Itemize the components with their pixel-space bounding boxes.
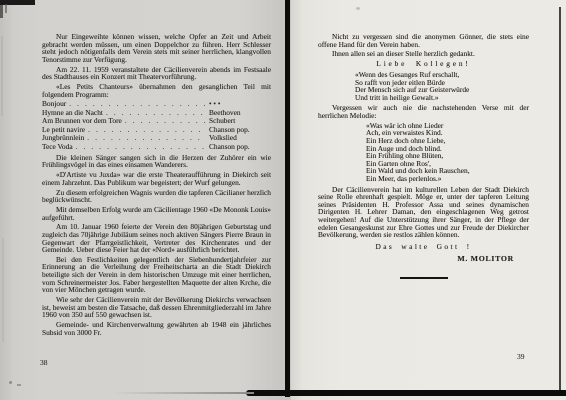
page-left: Nur Eingeweihte können wissen, welche Op… [0, 0, 286, 400]
scan-edge-streak [1, 36, 3, 116]
scan-edge-streak [2, 238, 4, 342]
program-composer: Volkslied [209, 134, 271, 142]
signature-m-molitor: M. MOLITOR [318, 255, 529, 263]
dot-leader: . . . . . . . . . . . . . . . . . . . . … [76, 144, 206, 152]
scan-edge-mark [0, 5, 3, 18]
dot-leader: . . . . . . . . . . . . . . . . . . . . … [87, 135, 206, 143]
paragraph: Ihnen allen sei an dieser Stelle herzlic… [318, 50, 529, 58]
paragraph: Am 10. Januar 1960 feierte der Verein de… [42, 223, 271, 253]
scan-speck [9, 381, 12, 384]
program-row: Tece Voda . . . . . . . . . . . . . . . … [42, 143, 271, 152]
scan-edge-mark [5, 4, 7, 13]
paragraph: Mit demselben Erfolg wurde am Cäcilienta… [42, 206, 271, 221]
page-right-text: Nicht zu vergessen sind die anonymen Gön… [318, 33, 529, 279]
program-title: Tece Voda [42, 143, 73, 151]
book-scan: Nur Eingeweihte können wissen, welche Op… [0, 0, 566, 400]
program-composer: Beethoven [209, 109, 271, 117]
paragraph: Am 22. 11. 1959 veranstaltete der Cäcili… [42, 66, 271, 81]
page-number-right: 39 [517, 352, 525, 361]
program-composer: Chanson pop. [209, 143, 271, 151]
poem-wenn-des-gesanges: «Wenn des Gesanges Ruf erschallt, So raf… [318, 71, 529, 101]
program-composer: Chanson pop. [209, 126, 271, 134]
paragraph: Vergessen wir auch nie die nachstehenden… [318, 104, 529, 119]
end-rule [400, 277, 448, 280]
poem-was-waer-ich: «Was wär ich ohne Lieder Ach, ein verwai… [318, 122, 529, 183]
page-number-left: 38 [40, 358, 48, 367]
poem-line: Ein Meer, das perlenlos.» [366, 175, 529, 183]
program-title: Le petit navire [42, 126, 85, 134]
poem-line: Und tritt in heilige Gewalt.» [355, 94, 529, 102]
dot-leader: . . . . . . . . . . . . . . . . . . . . … [125, 118, 206, 126]
scan-bottom-faint-line [112, 392, 254, 394]
gutter-divider [285, 0, 290, 397]
paragraph: «Les Petits Chanteurs» übernahmen den ge… [42, 83, 271, 98]
page-left-text: Nur Eingeweihte können wissen, welche Op… [42, 33, 271, 338]
program-title: Am Brunnen vor dem Tore [42, 117, 122, 125]
paragraph: «D'Artiste vu Juxda» war die erste Theat… [42, 171, 271, 186]
scan-speck [17, 384, 21, 386]
program-composer: • • • [209, 100, 271, 108]
scan-speck [356, 7, 360, 10]
heading-liebe-kollegen: Liebe Kollegen! [318, 60, 529, 68]
program-title: Jungbrünnlein [42, 134, 84, 142]
concert-program-list: Bonjour . . . . . . . . . . . . . . . . … [42, 100, 271, 151]
paragraph: Zu diesem erfolgreichen Wagnis wurden di… [42, 189, 271, 204]
closing-das-walte-gott: Das walte Gott ! [318, 243, 529, 251]
program-composer: Schubert [209, 117, 271, 125]
paragraph: Gemeinde- und Kirchenverwaltung gewährte… [42, 321, 271, 336]
paragraph: Nicht zu vergessen sind die anonymen Gön… [318, 33, 529, 48]
paragraph: Nur Eingeweihte können wissen, welche Op… [42, 33, 271, 63]
paragraph: Wie sehr der Cäcilienverein mit der Bevö… [42, 296, 271, 319]
program-title: Hymne an die Nacht [42, 109, 103, 117]
paragraph: Die kleinen Sänger sangen sich in die He… [42, 154, 271, 169]
paragraph: Der Cäcilienverein hat im kulturellen Le… [318, 186, 529, 239]
program-title: Bonjour [42, 100, 66, 108]
page-right: Nicht zu vergessen sind die anonymen Gön… [291, 0, 566, 400]
scan-bottom-border [246, 390, 566, 396]
dot-leader: . . . . . . . . . . . . . . . . . . . . … [88, 127, 206, 135]
paragraph: Bei den Festlichkeiten gelegentlich der … [42, 256, 271, 294]
scan-right-border [559, 7, 561, 390]
